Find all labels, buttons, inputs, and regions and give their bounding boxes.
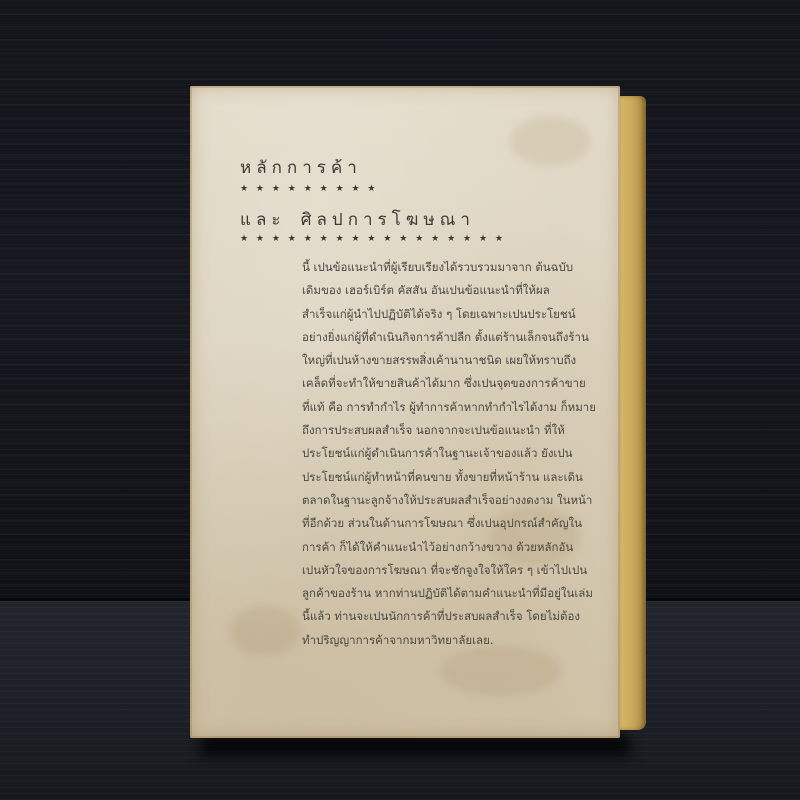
blurb-line: ตลาดในฐานะลูกจ้างให้ประสบผลสำเร็จอย่างงด… [302,489,607,512]
cover-blurb: นี้ เปนข้อแนะนำที่ผู้เรียบเรียงได้รวบรวม… [302,256,607,652]
blurb-line: ทำปริญญาการค้าจากมหาวิทยาลัยเลย. [302,629,607,652]
blurb-line: เคล็ดที่จะทำให้ขายสินค้าได้มาก ซึ่งเปนจุ… [302,372,607,395]
book-back-cover: หลักการค้า ★ ★ ★ ★ ★ ★ ★ ★ ★ และ ศิลปการ… [190,86,620,738]
cover-title-line-1: หลักการค้า [240,154,362,181]
blurb-line: อย่างยิ่งแก่ผู้ที่ดำเนินกิจการค้าปลีก ตั… [302,326,607,349]
blurb-line: นี้แล้ว ท่านจะเปนนักการค้าที่ประสบผลสำเร… [302,605,607,628]
blurb-line: ประโยชน์แก่ผู้ดำเนินการค้าในฐานะเจ้าของแ… [302,442,607,465]
blurb-line: ถึงการประสบผลสำเร็จ นอกจากจะเปนข้อแนะนำ … [302,419,607,442]
blurb-line: ประโยชน์แก่ผู้ทำหน้าที่คนขาย ทั้งขายที่ห… [302,466,607,489]
book-shadow [200,735,630,757]
blurb-line: ที่อีกด้วย ส่วนในด้านการโฆษณา ซึ่งเปนอุป… [302,512,607,535]
paper-stain [230,606,300,656]
blurb-line: ที่แท้ คือ การทำกำไร ผู้ทำการค้าหากทำกำไ… [302,396,607,419]
blurb-line: การค้า ก็ได้ให้คำแนะนำไว้อย่างกว้างขวาง … [302,536,607,559]
cover-title-line-2: และ ศิลปการโฆษณา [240,206,475,233]
star-divider-2: ★ ★ ★ ★ ★ ★ ★ ★ ★ ★ ★ ★ ★ ★ ★ ★ ★ [240,234,505,244]
blurb-line: สำเร็จแก่ผู้นำไปปฏิบัติได้จริง ๆ โดยเฉพา… [302,303,607,326]
star-divider-1: ★ ★ ★ ★ ★ ★ ★ ★ ★ [240,184,378,194]
blurb-line: นี้ เปนข้อแนะนำที่ผู้เรียบเรียงได้รวบรวม… [302,256,607,279]
paper-stain [440,646,560,696]
paper-stain [510,116,590,166]
blurb-line: ลูกค้าของร้าน หากท่านปฏิบัติได้ตามคำแนะน… [302,582,607,605]
blurb-line: เดิมของ เฮอร์เบิร์ต คัสสัน อันเปนข้อแนะน… [302,279,607,302]
blurb-line: เปนหัวใจของการโฆษณา ที่จะชักจูงใจให้ใคร … [302,559,607,582]
blurb-line: ใหญ่ที่เปนห้างขายสรรพสิ่งเค้านานาชนิด เผ… [302,349,607,372]
